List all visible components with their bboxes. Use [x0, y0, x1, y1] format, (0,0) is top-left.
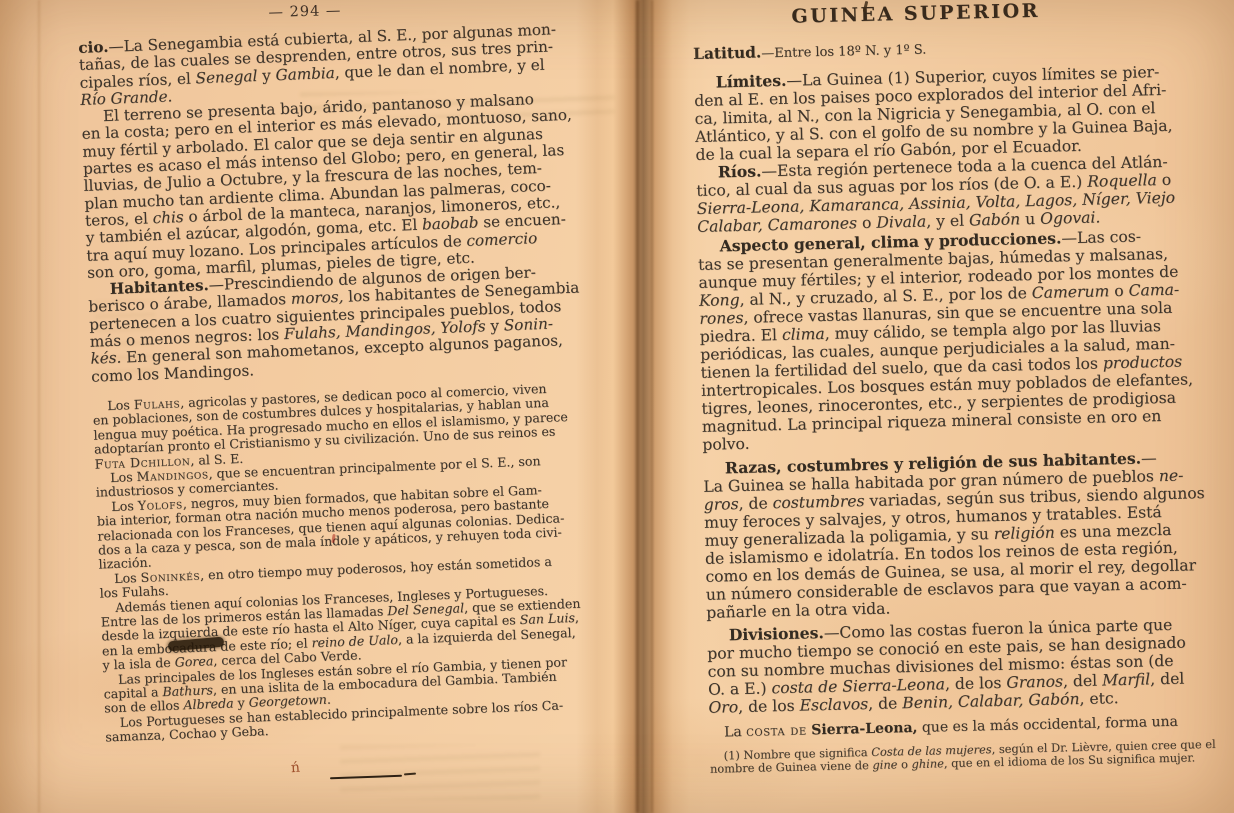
text-segment: religión: [993, 524, 1054, 543]
text-segment: y: [257, 66, 276, 85]
page-fold-line: [38, 0, 40, 813]
text-segment: o: [857, 214, 877, 232]
text-segment: Sierra-Leona,: [811, 720, 918, 738]
text-segment: Marfil: [1102, 670, 1151, 689]
text-segment: o: [1109, 282, 1129, 300]
text-segment: clima: [782, 325, 825, 344]
text-segment: y: [485, 317, 504, 336]
text-segment: Gambia: [275, 64, 335, 84]
text-segment: Divisiones.: [729, 623, 824, 644]
text-segment: , de los: [738, 697, 800, 716]
text-segment: ne-: [1159, 467, 1184, 486]
binding-crease: [636, 0, 639, 813]
text-segment: cio.: [78, 38, 109, 57]
text-segment: Soninkés: [140, 567, 200, 584]
text-segment: gros: [704, 495, 739, 514]
ghost-text-showthrough: [340, 745, 540, 800]
left-page-edge-shade: [0, 0, 62, 813]
section-divider-rule: [330, 775, 402, 780]
text-segment: Senegal: [195, 67, 257, 87]
text-segment: o: [897, 757, 911, 771]
paragraph-habitantes: Habitantes.—Prescindiendo de algunos de …: [88, 260, 640, 385]
text-segment: —Entre los 18º N. y 1º S.: [761, 42, 926, 61]
text-segment: Roquella: [1087, 171, 1157, 191]
paragraph-divisiones: Divisiones.—Como las costas fueron la ún…: [707, 614, 1234, 717]
text-segment: chis: [152, 208, 184, 227]
text-segment: Calabar, Camarones: [697, 214, 857, 236]
text-segment: , de: [738, 494, 773, 513]
text-segment: , de: [868, 694, 903, 713]
text-segment: piedra. El: [700, 326, 783, 346]
paragraph-limites: Límites.—La Guinea (1) Superior, cuyos l…: [694, 61, 1234, 164]
text-segment: .: [327, 692, 332, 707]
right-page-blocks: Latitud.—Entre los 18º N. y 1º S.Límites…: [693, 31, 1234, 776]
text-segment: Camerum: [1032, 282, 1110, 302]
text-segment: —Las cos-: [1061, 227, 1141, 247]
text-segment: , y el: [926, 212, 969, 231]
text-segment: u: [1020, 210, 1040, 228]
text-segment: polvo.: [702, 435, 750, 454]
paragraph-aspecto: Aspecto general, clima y producciones.—L…: [697, 225, 1234, 454]
text-segment: O. a E.): [708, 679, 772, 698]
paragraph-terreno: El terreno se presenta bajo, árido, pant…: [81, 88, 635, 282]
text-segment: costumbres: [772, 492, 864, 512]
text-segment: y: [233, 695, 249, 711]
right-page-text: GUINEA SUPERIOR Latitud.—Entre los 18º N…: [692, 0, 1234, 777]
text-segment: Granos: [1006, 672, 1063, 691]
text-segment: productos: [1103, 353, 1183, 373]
text-segment: Gabón: [969, 210, 1021, 229]
text-segment: Límites.: [716, 71, 787, 92]
text-segment: , de los: [945, 674, 1007, 693]
paragraph-rios: Ríos.—Esta región pertenece toda a la cu…: [696, 151, 1234, 236]
text-segment: pañarle en la otra vida.: [706, 599, 890, 621]
text-segment: nombre de Guinea viene de: [710, 758, 873, 776]
left-page-blocks: cio.—La Senegambia está cubierta, al S. …: [78, 18, 653, 745]
text-segment: Ogovai.: [1040, 208, 1101, 227]
text-segment: Oro: [708, 698, 738, 717]
text-segment: , etc.: [1079, 689, 1119, 708]
text-segment: Cama-: [1128, 281, 1179, 300]
text-segment: o: [1157, 171, 1172, 189]
paragraph-razas: Razas, costumbres y religión de sus habi…: [703, 447, 1234, 622]
book-spread: — 294 — cio.—La Senegambia está cubierta…: [0, 0, 1234, 813]
binding-crease: [651, 0, 653, 813]
text-segment: comercio: [466, 229, 537, 250]
text-segment: La: [724, 724, 746, 741]
left-page-text: cio.—La Senegambia está cubierta, al S. …: [78, 18, 653, 745]
page-number: — 294 —: [250, 2, 360, 21]
text-segment: —: [1141, 449, 1157, 467]
text-segment: Ríos.: [718, 161, 762, 181]
text-segment: ghine: [911, 757, 944, 772]
text-segment: Benin, Calabar, Gabón: [902, 690, 1080, 712]
latitud-line: Latitud.—Entre los 18º N. y 1º S.: [693, 31, 1234, 66]
text-line: Latitud.—Entre los 18º N. y 1º S.: [693, 31, 1234, 66]
section-divider-dash: [404, 772, 416, 775]
text-segment: kés.: [90, 349, 122, 368]
text-segment: , del: [1063, 672, 1102, 691]
page-header: GUINEA SUPERIOR: [643, 0, 1188, 33]
text-segment: gine: [872, 758, 897, 773]
footnote: (1) Nombre que significa Costa de las mu…: [710, 737, 1234, 777]
pencil-mark: ń: [290, 760, 300, 777]
text-segment: Esclavos: [799, 695, 868, 715]
text-segment: , del: [1150, 670, 1185, 689]
text-segment: Divala: [876, 213, 926, 232]
text-segment: costa de: [746, 722, 807, 739]
text-segment: que es la más occidental, forma una: [917, 714, 1178, 736]
gutter-shadow: [576, 0, 708, 813]
